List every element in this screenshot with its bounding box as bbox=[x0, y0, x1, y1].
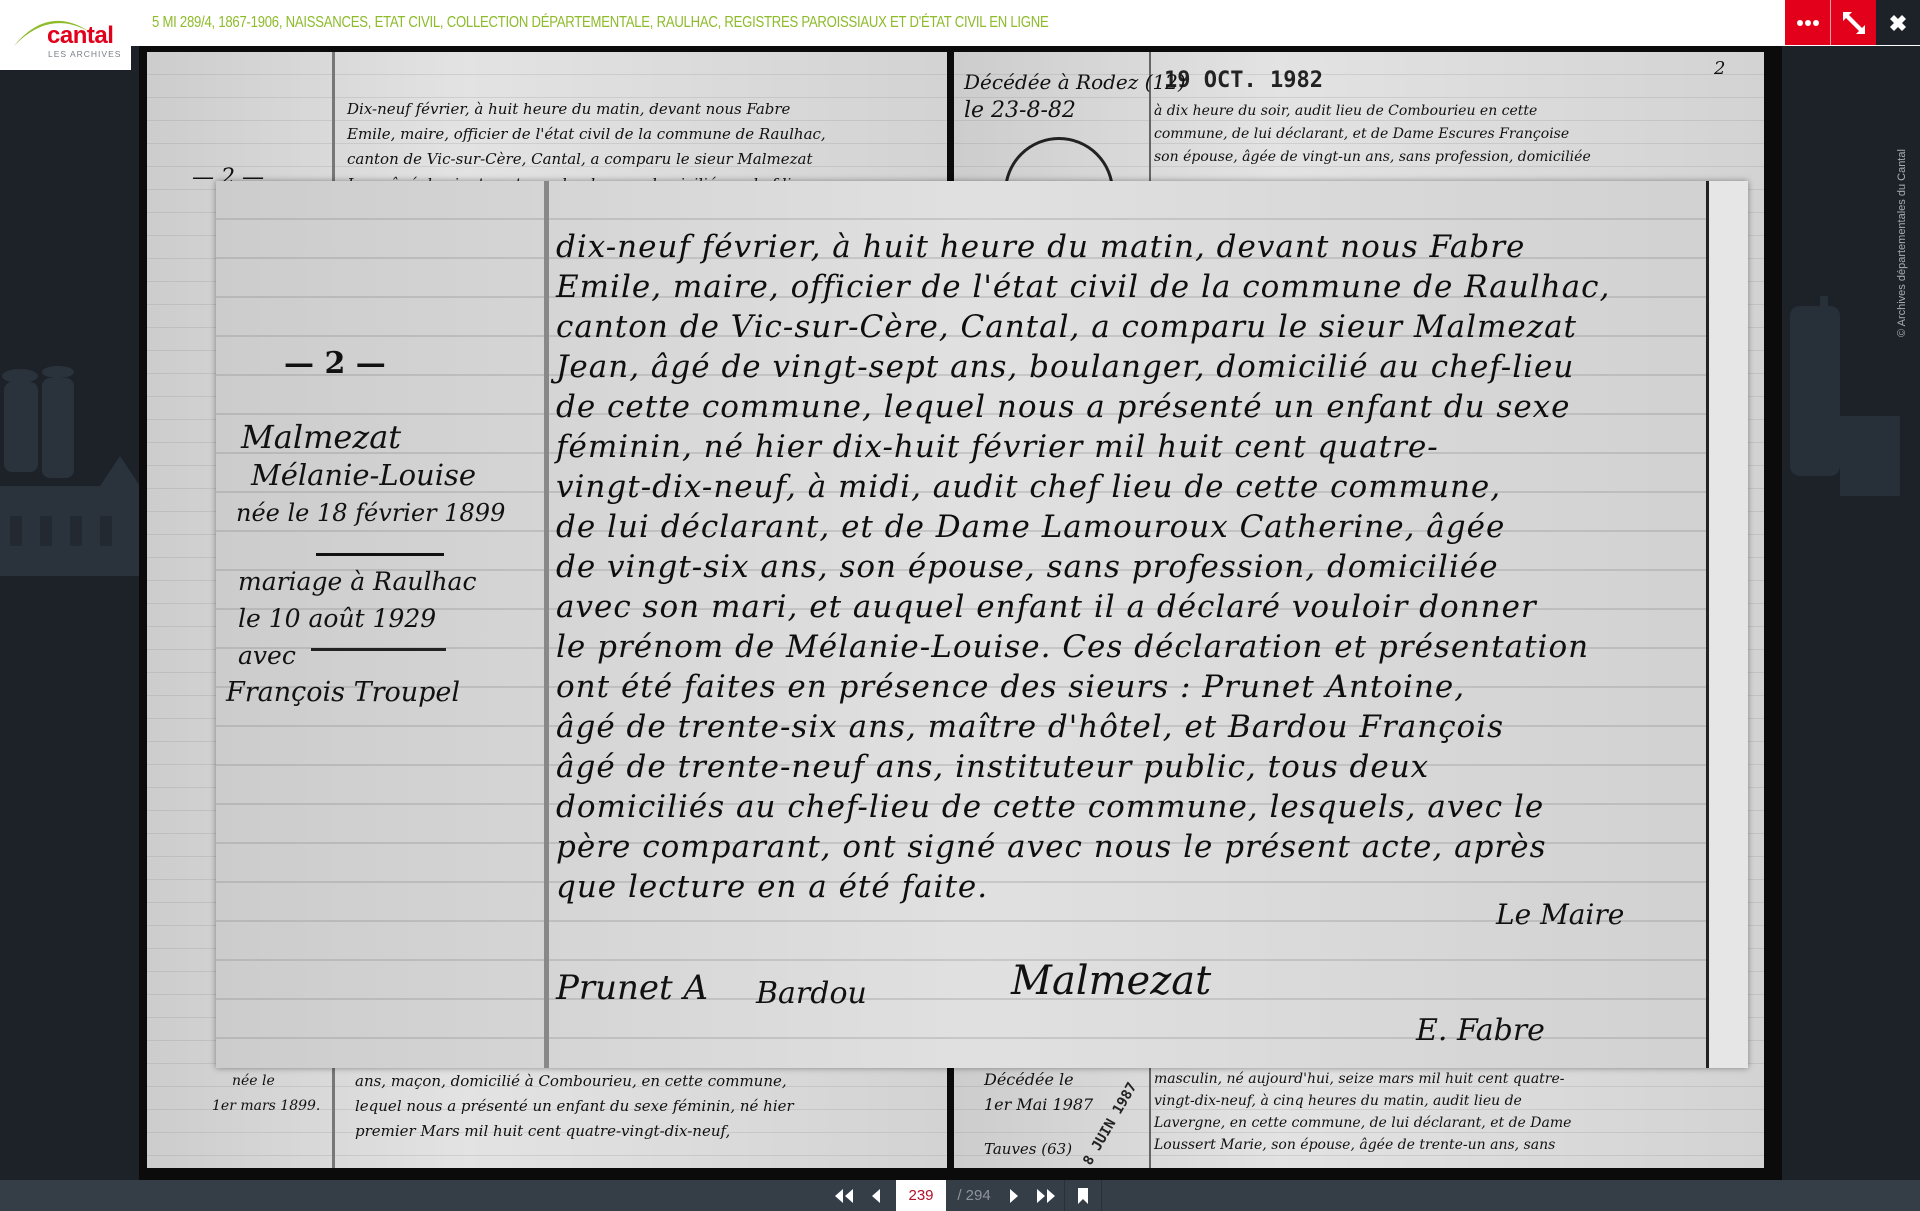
text-line: Emile, maire, officier de l'état civil d… bbox=[347, 127, 826, 142]
fullscreen-button[interactable] bbox=[1831, 0, 1876, 45]
text-line: Dix-neuf février, à huit heure du matin,… bbox=[347, 102, 790, 117]
spouse-name: François Troupel bbox=[226, 679, 460, 706]
death-annotation: Décédée le bbox=[984, 1072, 1074, 1088]
marriage-note: mariage à Raulhac bbox=[238, 569, 476, 594]
given-names: Mélanie-Louise bbox=[251, 461, 476, 490]
folio-number: 2 bbox=[1714, 60, 1725, 78]
transcript-line: vingt-dix-neuf, à midi, audit chef lieu … bbox=[556, 472, 1501, 503]
transcript-line: dix-neuf février, à huit heure du matin,… bbox=[556, 232, 1525, 263]
birth-date: née le 18 février 1899 bbox=[236, 501, 505, 525]
document-title: 5 MI 289/4, 1867-1906, NAISSANCES, ETAT … bbox=[152, 13, 1049, 33]
signature-father: Malmezat bbox=[1011, 961, 1211, 1001]
transcript-line: de cette commune, lequel nous a présenté… bbox=[556, 392, 1571, 423]
strikethrough bbox=[311, 648, 446, 651]
transcript-line: avec son mari, et auquel enfant il a déc… bbox=[556, 592, 1537, 623]
divider-line bbox=[316, 553, 444, 556]
death-annotation-place: Tauves (63) bbox=[984, 1142, 1072, 1157]
text-line: son épouse, âgée de vingt-un ans, sans p… bbox=[1154, 150, 1591, 164]
margin-note: née le bbox=[232, 1074, 275, 1088]
transcript-line: ont été faites en présence des sieurs : … bbox=[556, 672, 1465, 703]
logo-subtitle: LES ARCHIVES bbox=[48, 50, 121, 59]
bookmark-button[interactable] bbox=[1067, 1180, 1099, 1211]
close-x-icon bbox=[1887, 12, 1909, 34]
marriage-with: avec bbox=[238, 643, 296, 668]
signature-witness-1: Prunet A bbox=[556, 971, 708, 1005]
bottom-toolbar: / 294 bbox=[0, 1180, 1920, 1211]
signature-mayor: E. Fabre bbox=[1416, 1016, 1545, 1046]
top-bar: cantal LES ARCHIVES 5 MI 289/4, 1867-190… bbox=[0, 0, 1920, 46]
transcript-line: âgé de trente-neuf ans, instituteur publ… bbox=[556, 752, 1429, 783]
previous-page-button[interactable] bbox=[860, 1180, 892, 1211]
death-annotation-date: 1er Mai 1987 bbox=[984, 1097, 1093, 1113]
margin-note: 1er mars 1899. bbox=[212, 1099, 320, 1113]
page-navigator: / 294 bbox=[828, 1180, 1104, 1211]
logo-brand: cantal bbox=[47, 24, 113, 48]
marriage-date: le 10 août 1929 bbox=[238, 606, 436, 631]
background-illustration-statue-icon bbox=[1780, 286, 1900, 496]
page-edge-strip bbox=[1709, 181, 1748, 1068]
text-line: à dix heure du soir, audit lieu de Combo… bbox=[1154, 104, 1537, 118]
transcript-line: Emile, maire, officier de l'état civil d… bbox=[556, 272, 1610, 303]
transcript-line: Jean, âgé de vingt-sept ans, boulanger, … bbox=[556, 352, 1574, 383]
chevron-right-icon bbox=[1008, 1188, 1020, 1204]
text-line: Lavergne, en cette commune, de lui décla… bbox=[1154, 1116, 1571, 1130]
death-annotation: Décédée à Rodez (12) bbox=[964, 72, 1186, 92]
transcript-line: le prénom de Mélanie-Louise. Ces déclara… bbox=[556, 632, 1589, 663]
last-page-button[interactable] bbox=[1030, 1180, 1062, 1211]
bookmark-icon bbox=[1077, 1187, 1089, 1205]
transcript-line: canton de Vic-sur-Cère, Cantal, a compar… bbox=[556, 312, 1577, 343]
transcript-line: père comparant, ont signé avec nous le p… bbox=[556, 832, 1546, 863]
text-line: premier Mars mil huit cent quatre-vingt-… bbox=[355, 1124, 730, 1139]
text-line: canton de Vic-sur-Cère, Cantal, a compar… bbox=[347, 152, 813, 167]
margin-rule bbox=[544, 181, 549, 1068]
double-chevron-right-icon bbox=[1035, 1188, 1057, 1204]
surname: Malmezat bbox=[241, 421, 401, 453]
ellipsis-icon bbox=[1796, 19, 1820, 27]
pager-divider bbox=[1101, 1180, 1102, 1211]
transcript-line: domiciliés au chef-lieu de cette commune… bbox=[556, 792, 1544, 823]
copyright-notice: © Archives départementales du Cantal bbox=[1892, 128, 1912, 358]
magnifier-lens[interactable]: — 2 — Malmezat Mélanie-Louise née le 18 … bbox=[216, 181, 1748, 1068]
text-line: ans, maçon, domicilié à Combourieu, en c… bbox=[355, 1074, 787, 1089]
cantal-archives-logo[interactable]: cantal LES ARCHIVES bbox=[0, 0, 131, 70]
entry-number: — 2 — bbox=[284, 349, 386, 379]
text-line: commune, de lui déclarant, et de Dame Es… bbox=[1154, 127, 1569, 141]
more-options-button[interactable] bbox=[1785, 0, 1830, 45]
chevron-left-icon bbox=[870, 1188, 882, 1204]
signature-label-mayor: Le Maire bbox=[1496, 901, 1624, 929]
first-page-button[interactable] bbox=[828, 1180, 860, 1211]
text-line: masculin, né aujourd'hui, seize mars mil… bbox=[1154, 1072, 1565, 1086]
text-line: Loussert Marie, son épouse, âgée de tren… bbox=[1154, 1138, 1555, 1152]
next-page-button[interactable] bbox=[998, 1180, 1030, 1211]
transcript-line: féminin, né hier dix-huit février mil hu… bbox=[556, 432, 1439, 463]
double-chevron-left-icon bbox=[833, 1188, 855, 1204]
total-pages: / 294 bbox=[950, 1180, 998, 1211]
archive-date-stamp: 19 OCT. 1982 bbox=[1164, 70, 1323, 92]
page-number-input[interactable] bbox=[896, 1180, 946, 1211]
transcript-line: de vingt-six ans, son épouse, sans profe… bbox=[556, 552, 1499, 583]
text-line: vingt-dix-neuf, à cinq heures du matin, … bbox=[1154, 1094, 1522, 1108]
pager-divider bbox=[1064, 1180, 1065, 1211]
transcript-line: de lui déclarant, et de Dame Lamouroux C… bbox=[556, 512, 1505, 543]
transcript-line: âgé de trente-six ans, maître d'hôtel, e… bbox=[556, 712, 1504, 743]
expand-arrows-icon bbox=[1840, 9, 1868, 37]
close-button[interactable] bbox=[1876, 0, 1920, 45]
signature-witness-2: Bardou bbox=[756, 979, 867, 1009]
archive-date-stamp: 8 JUIN 1987 bbox=[1081, 1080, 1139, 1167]
death-annotation-date: le 23-8-82 bbox=[964, 100, 1076, 122]
background-illustration-figures-icon bbox=[0, 346, 140, 576]
transcript-line: que lecture en a été faite. bbox=[556, 872, 988, 903]
text-line: lequel nous a présenté un enfant du sexe… bbox=[355, 1099, 794, 1114]
